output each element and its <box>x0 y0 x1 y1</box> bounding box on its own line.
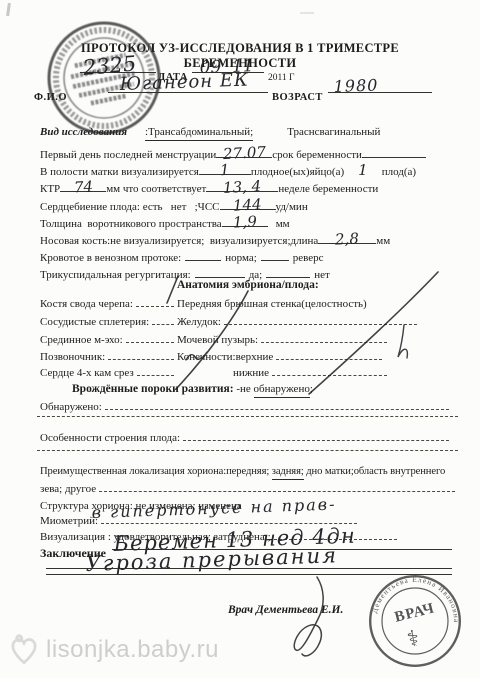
doctor-stamp-ring-text: Дементьева Елена Ивановна <box>370 575 461 623</box>
dashed-leader <box>136 306 174 307</box>
anatomy-right-lower-limbs: нижние <box>233 367 269 380</box>
exam-type-option-transabdominal: :Трансабдоминальный; <box>145 126 253 141</box>
anatomy-left-skull: Костя свода черепа: <box>40 298 133 311</box>
dashed-leader <box>224 324 417 325</box>
exam-type-label: Вид исследования <box>40 126 127 139</box>
defects-value-post: ; <box>310 383 313 396</box>
lmp-value-handwritten: 27.07 <box>223 148 266 158</box>
dashed-leader <box>108 359 174 360</box>
defects-value-marked: обнаружено <box>254 383 310 398</box>
dashed-line <box>37 450 458 451</box>
fetal-features-label: Особенности строения плода: <box>40 432 180 445</box>
scan-artifact <box>6 3 11 16</box>
dashed-leader <box>152 324 174 325</box>
doctor-stamp: Дементьева Елена Ивановна ВРАЧ ⚕ <box>366 572 464 670</box>
ctr-label: КТР <box>40 183 60 196</box>
chorion-localization-marked: задняя; <box>272 465 304 480</box>
chorion-localization-line2: зева; другое <box>40 483 96 496</box>
tricuspid-field-yes <box>195 264 245 278</box>
scanned-ultrasound-protocol: ПРОТОКОЛ УЗ-ИССЛЕДОВАНИЯ В 1 ТРИМЕСТРЕ Б… <box>0 0 480 678</box>
fetus-label: плод(а) <box>382 166 416 179</box>
ctr-value-handwritten: 74 <box>73 183 92 192</box>
weeks-value-handwritten: 13, 4 <box>223 182 262 192</box>
nasal-value-handwritten: 2,8 <box>335 234 359 243</box>
dashed-leader <box>276 359 382 360</box>
heartbeat-value-handwritten: 144 <box>233 200 262 209</box>
anatomy-left-spine: Позвоночник: <box>40 351 105 364</box>
defects-value-pre: -не <box>234 383 254 396</box>
tricuspid-label: Трикуспидальная регургитация: <box>40 269 191 282</box>
page-title-line1: ПРОТОКОЛ УЗ-ИССЛЕДОВАНИЯ В 1 ТРИМЕСТРЕ <box>0 42 480 55</box>
dashed-leader <box>272 375 387 376</box>
term-field <box>362 144 426 158</box>
nasal-field: 2,8 <box>318 230 376 244</box>
anatomy-left-heart-4ch: Сердце 4-х кам срез <box>40 367 134 380</box>
lmp-field: 27.07 <box>216 144 272 158</box>
anatomy-right-abdominal-wall: Передняя брюшная стенка(целостность) <box>177 298 367 311</box>
defects-heading: Врождённые пороки развития: <box>72 383 234 396</box>
anatomy-right-upper-limbs: Конечности:верхние <box>177 351 273 364</box>
exam-type-option-transvaginal: Траснсвагинальный <box>287 126 380 139</box>
chorion-localization-post: дно матки;область внутреннего <box>304 465 445 478</box>
weeks-field: 13, 4 <box>206 178 278 192</box>
ctr-field: 74 <box>60 178 106 192</box>
heartbeat-field: 144 <box>220 196 276 210</box>
nt-value-handwritten: 1,9 <box>233 217 257 226</box>
watermark-heart-icon <box>6 632 42 668</box>
fio-label: Ф.И.О <box>34 91 67 104</box>
svg-text:Дементьева Елена Ивановна: Дементьева Елена Ивановна <box>370 575 461 623</box>
dashed-leader <box>105 409 449 410</box>
age-handwritten: 1980 <box>333 75 378 96</box>
anatomy-left-midline-echo: Срединное м-эхо: <box>40 334 123 347</box>
fetus-count-handwritten: 1 <box>358 164 368 177</box>
chorion-localization-pre: Преимущественная локализация хориона:пер… <box>40 465 272 478</box>
anatomy-left-plexus: Сосудистые сплетерия: <box>40 316 149 329</box>
anatomy-right-bladder: Мочевой пузырь: <box>177 334 258 347</box>
defects-found-label: Обнаружено: <box>40 401 102 414</box>
year-text: 2011 Г <box>268 72 295 85</box>
tricuspid-field-no <box>266 264 310 278</box>
doctor-stamp-center-text: ВРАЧ <box>393 600 436 625</box>
weeks-label: неделе беременности <box>278 183 378 196</box>
dashed-leader <box>183 440 449 441</box>
anatomy-right-stomach: Желудок: <box>177 316 221 329</box>
dashed-leader <box>99 491 455 492</box>
dashed-line <box>37 416 458 417</box>
ink-mark-limbs <box>398 325 407 358</box>
venous-field-1 <box>185 247 221 261</box>
dashed-leader <box>137 375 174 376</box>
venous-field-2 <box>261 247 289 261</box>
scan-artifact <box>300 12 314 14</box>
doctor-name: Врач Дементьева Е.И. <box>228 604 343 617</box>
anatomy-heading: Анатомия эмбриона/плода: <box>177 279 319 292</box>
age-label: ВОЗРАСТ <box>272 91 323 104</box>
ctr-mid-label: мм что соответствует <box>106 183 206 196</box>
myometrium-label: Миометрий: <box>40 515 98 528</box>
sac-count-field: 1 <box>199 161 251 175</box>
dashed-leader <box>126 342 174 343</box>
nt-field: 1,9 <box>222 213 268 227</box>
nasal-unit: мм <box>376 235 390 248</box>
dashed-leader <box>261 342 387 343</box>
sac-count-handwritten: 1 <box>220 166 230 174</box>
watermark-text: lisonjka.baby.ru <box>46 636 219 664</box>
caduceus-icon: ⚕ <box>405 626 421 653</box>
